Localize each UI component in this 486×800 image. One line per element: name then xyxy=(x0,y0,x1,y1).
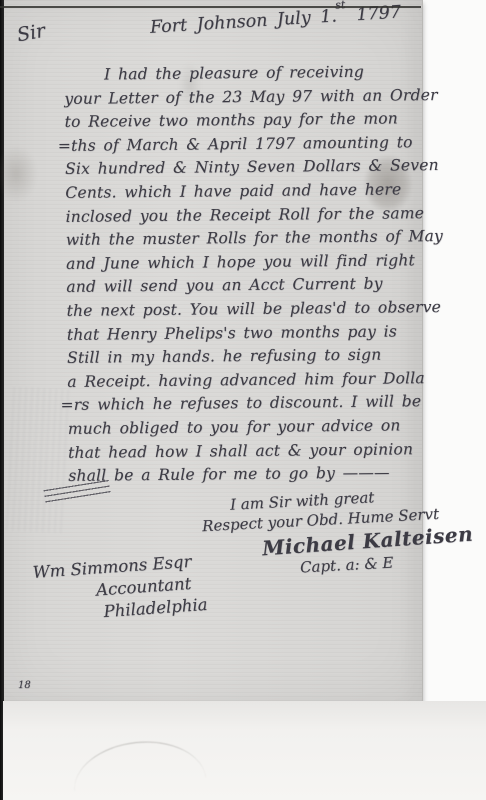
letter-line: Cents. which I have paid and have here xyxy=(65,178,435,205)
letter-line: shall be a Rule for me to go by ——— xyxy=(68,461,438,488)
scan-top-edge-line xyxy=(0,6,421,8)
left-edge-stain xyxy=(0,136,44,212)
letter-line: that Henry Phelips's two months pay is xyxy=(67,320,437,347)
letter-line: the next post. You will be pleas'd to ob… xyxy=(66,296,436,323)
letter-line: much obliged to you for your advice on xyxy=(68,414,438,441)
archival-page-mark: 18 xyxy=(18,680,31,691)
letter-line: I had the pleasure of receiving xyxy=(104,60,434,87)
underlying-blank-page xyxy=(3,701,486,800)
signature-rank: Capt. a: & E xyxy=(300,554,394,577)
faint-pencil-stroke xyxy=(70,735,206,792)
dateline-place-day: Fort Johnson July 1. xyxy=(149,6,337,37)
letter-line: with the muster Rolls for the months of … xyxy=(66,225,436,252)
letter-body: I had the pleasure of receivingyour Lett… xyxy=(56,60,438,489)
salutation: Sir xyxy=(15,20,47,47)
recipient-address: Wm Simmons EsqrAccountantPhiladelphia xyxy=(32,550,208,628)
letter-page: Sir Fort Johnson July 1.st 1797 I had th… xyxy=(4,0,423,707)
letter-line: to Receive two months pay for the mon xyxy=(64,107,434,134)
